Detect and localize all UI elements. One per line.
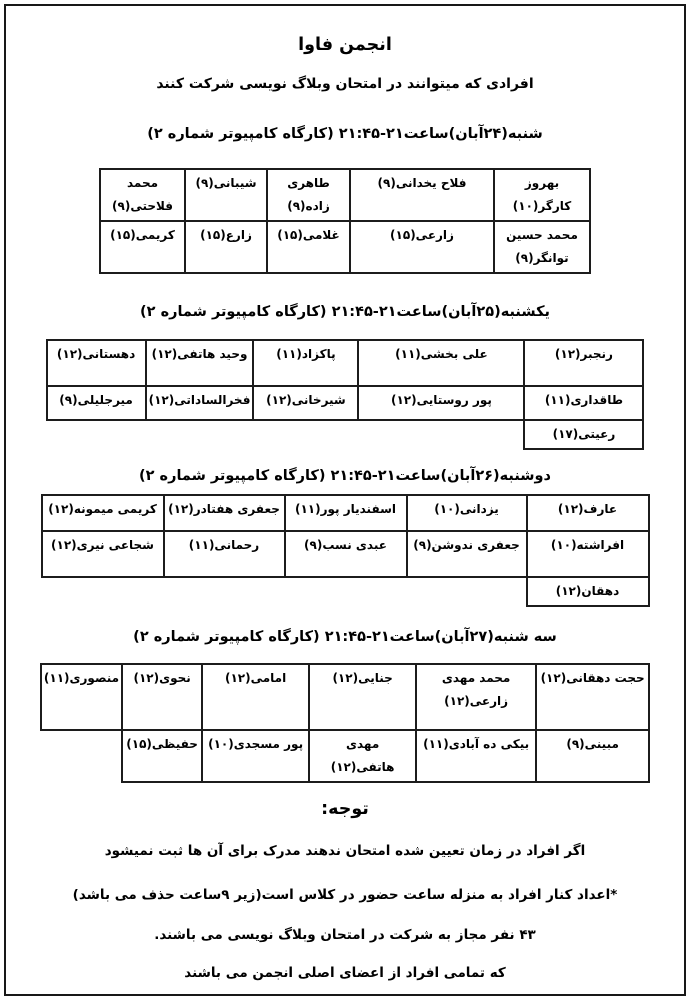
schedule-cell: جعفری هفتادر(۱۲) — [164, 495, 285, 531]
schedule-cell: شیبانی(۹) — [185, 169, 267, 221]
schedule-cell: عارف(۱۲) — [527, 495, 649, 531]
table-row: عارف(۱۲)یزدانی(۱۰)اسفندیار پور(۱۱)جعفری … — [42, 495, 649, 531]
empty-cell — [47, 420, 146, 449]
schedule-cell: دهستانی(۱۲) — [47, 340, 146, 386]
schedule-cell: عبدی نسب(۹) — [285, 531, 407, 577]
note-line: اگر افراد در زمان تعیین شده امتحان ندهند… — [6, 839, 684, 863]
schedule-cell: محمد حسین توانگر(۹) — [494, 221, 590, 273]
schedule-cell: حجت دهقانی(۱۲) — [536, 664, 649, 730]
schedule-cell: بهروز کارگر(۱۰) — [494, 169, 590, 221]
session-block: شنبه(۲۴آبان)ساعت۲۱-۲۱:۴۵ (کارگاه کامپیوت… — [6, 122, 684, 274]
schedule-cell: پور مسجدی(۱۰) — [202, 730, 309, 782]
schedule-cell: دهقان(۱۲) — [527, 577, 649, 606]
schedule-table: رنجبر(۱۲)علی بخشی(۱۱)پاکزاد(۱۱)وحید هاتف… — [46, 339, 645, 450]
note-line: ۴۳ نفر مجاز به شرکت در امتحان وبلاگ نویس… — [6, 923, 684, 947]
schedule-cell: نحوی(۱۲) — [122, 664, 202, 730]
table-row: بهروز کارگر(۱۰)فلاح یخدانی(۹)طاهری زاده(… — [100, 169, 590, 221]
empty-cell — [164, 577, 285, 606]
schedule-cell: وحید هاتفی(۱۲) — [146, 340, 254, 386]
schedule-cell: محمد فلاحتی(۹) — [100, 169, 185, 221]
schedule-cell: محمد مهدی زارعی(۱۲) — [416, 664, 536, 730]
empty-cell — [358, 420, 524, 449]
session-block: یکشنبه(۲۵آبان)ساعت۲۱-۲۱:۴۵ (کارگاه کامپی… — [6, 300, 684, 450]
notes-section: توجه: اگر افراد در زمان تعیین شده امتحان… — [6, 795, 684, 985]
schedule-table: بهروز کارگر(۱۰)فلاح یخدانی(۹)طاهری زاده(… — [99, 168, 591, 274]
schedule-cell: میرجلیلی(۹) — [47, 386, 146, 420]
schedule-cell: حفیظی(۱۵) — [122, 730, 202, 782]
page-title: انجمن فاوا — [6, 32, 684, 58]
schedule-cell: مهدی هاتفی(۱۲) — [309, 730, 416, 782]
table-row: حجت دهقانی(۱۲)محمد مهدی زارعی(۱۲)جنایی(۱… — [41, 664, 649, 730]
schedule-cell: امامی(۱۲) — [202, 664, 309, 730]
schedule-cell: کریمی(۱۵) — [100, 221, 185, 273]
empty-cell — [407, 577, 527, 606]
session-block: سه شنبه(۲۷آبان)ساعت۲۱-۲۱:۴۵ (کارگاه کامپ… — [6, 625, 684, 783]
empty-cell — [41, 730, 122, 782]
schedule-cell: شیرخانی(۱۲) — [253, 386, 358, 420]
sessions-container: شنبه(۲۴آبان)ساعت۲۱-۲۱:۴۵ (کارگاه کامپیوت… — [6, 122, 684, 783]
document-page: انجمن فاوا افرادی که میتوانند در امتحان … — [4, 4, 686, 996]
schedule-cell: فخرالساداتی(۱۲) — [146, 386, 254, 420]
schedule-cell: یزدانی(۱۰) — [407, 495, 527, 531]
schedule-cell: زارع(۱۵) — [185, 221, 267, 273]
schedule-cell: جعفری ندوشن(۹) — [407, 531, 527, 577]
table-row: مبینی(۹)بیکی ده آبادی(۱۱)مهدی هاتفی(۱۲)پ… — [41, 730, 649, 782]
schedule-cell: رنجبر(۱۲) — [524, 340, 643, 386]
session-header: شنبه(۲۴آبان)ساعت۲۱-۲۱:۴۵ (کارگاه کامپیوت… — [6, 122, 684, 146]
notes-heading: توجه: — [6, 795, 684, 823]
session-header: سه شنبه(۲۷آبان)ساعت۲۱-۲۱:۴۵ (کارگاه کامپ… — [6, 625, 684, 649]
schedule-cell: شجاعی نیری(۱۲) — [42, 531, 164, 577]
empty-cell — [285, 577, 407, 606]
empty-cell — [146, 420, 254, 449]
note-line: *اعداد کنار افراد به منزله ساعت حضور در … — [6, 883, 684, 907]
schedule-cell: طاهری زاده(۹) — [267, 169, 350, 221]
session-block: دوشنبه(۲۶آبان)ساعت۲۱-۲۱:۴۵ (کارگاه کامپی… — [6, 464, 684, 607]
table-row: افراشته(۱۰)جعفری ندوشن(۹)عبدی نسب(۹)رحما… — [42, 531, 649, 577]
schedule-cell: غلامی(۱۵) — [267, 221, 350, 273]
schedule-cell: اسفندیار پور(۱۱) — [285, 495, 407, 531]
schedule-cell: پاکزاد(۱۱) — [253, 340, 358, 386]
schedule-cell: جنایی(۱۲) — [309, 664, 416, 730]
schedule-cell: زارعی(۱۵) — [350, 221, 494, 273]
schedule-cell: فلاح یخدانی(۹) — [350, 169, 494, 221]
session-header: دوشنبه(۲۶آبان)ساعت۲۱-۲۱:۴۵ (کارگاه کامپی… — [6, 464, 684, 488]
schedule-cell: افراشته(۱۰) — [527, 531, 649, 577]
schedule-cell: علی بخشی(۱۱) — [358, 340, 524, 386]
empty-cell — [253, 420, 358, 449]
schedule-table: عارف(۱۲)یزدانی(۱۰)اسفندیار پور(۱۱)جعفری … — [41, 494, 650, 607]
schedule-cell: بیکی ده آبادی(۱۱) — [416, 730, 536, 782]
note-line: که تمامی افراد از اعضای اصلی انجمن می با… — [6, 961, 684, 985]
schedule-cell: رحمانی(۱۱) — [164, 531, 285, 577]
table-row: طاقداری(۱۱)پور روستایی(۱۲)شیرخانی(۱۲)فخر… — [47, 386, 644, 420]
schedule-cell: کریمی میمونه(۱۲) — [42, 495, 164, 531]
table-row: رعیتی(۱۷) — [47, 420, 644, 449]
table-row: رنجبر(۱۲)علی بخشی(۱۱)پاکزاد(۱۱)وحید هاتف… — [47, 340, 644, 386]
session-header: یکشنبه(۲۵آبان)ساعت۲۱-۲۱:۴۵ (کارگاه کامپی… — [6, 300, 684, 324]
table-row: محمد حسین توانگر(۹)زارعی(۱۵)غلامی(۱۵)زار… — [100, 221, 590, 273]
empty-cell — [42, 577, 164, 606]
schedule-cell: پور روستایی(۱۲) — [358, 386, 524, 420]
schedule-cell: طاقداری(۱۱) — [524, 386, 643, 420]
schedule-table: حجت دهقانی(۱۲)محمد مهدی زارعی(۱۲)جنایی(۱… — [40, 663, 650, 783]
schedule-cell: منصوری(۱۱) — [41, 664, 122, 730]
table-row: دهقان(۱۲) — [42, 577, 649, 606]
schedule-cell: رعیتی(۱۷) — [524, 420, 643, 449]
page-subtitle: افرادی که میتوانند در امتحان وبلاگ نویسی… — [6, 72, 684, 96]
schedule-cell: مبینی(۹) — [536, 730, 649, 782]
